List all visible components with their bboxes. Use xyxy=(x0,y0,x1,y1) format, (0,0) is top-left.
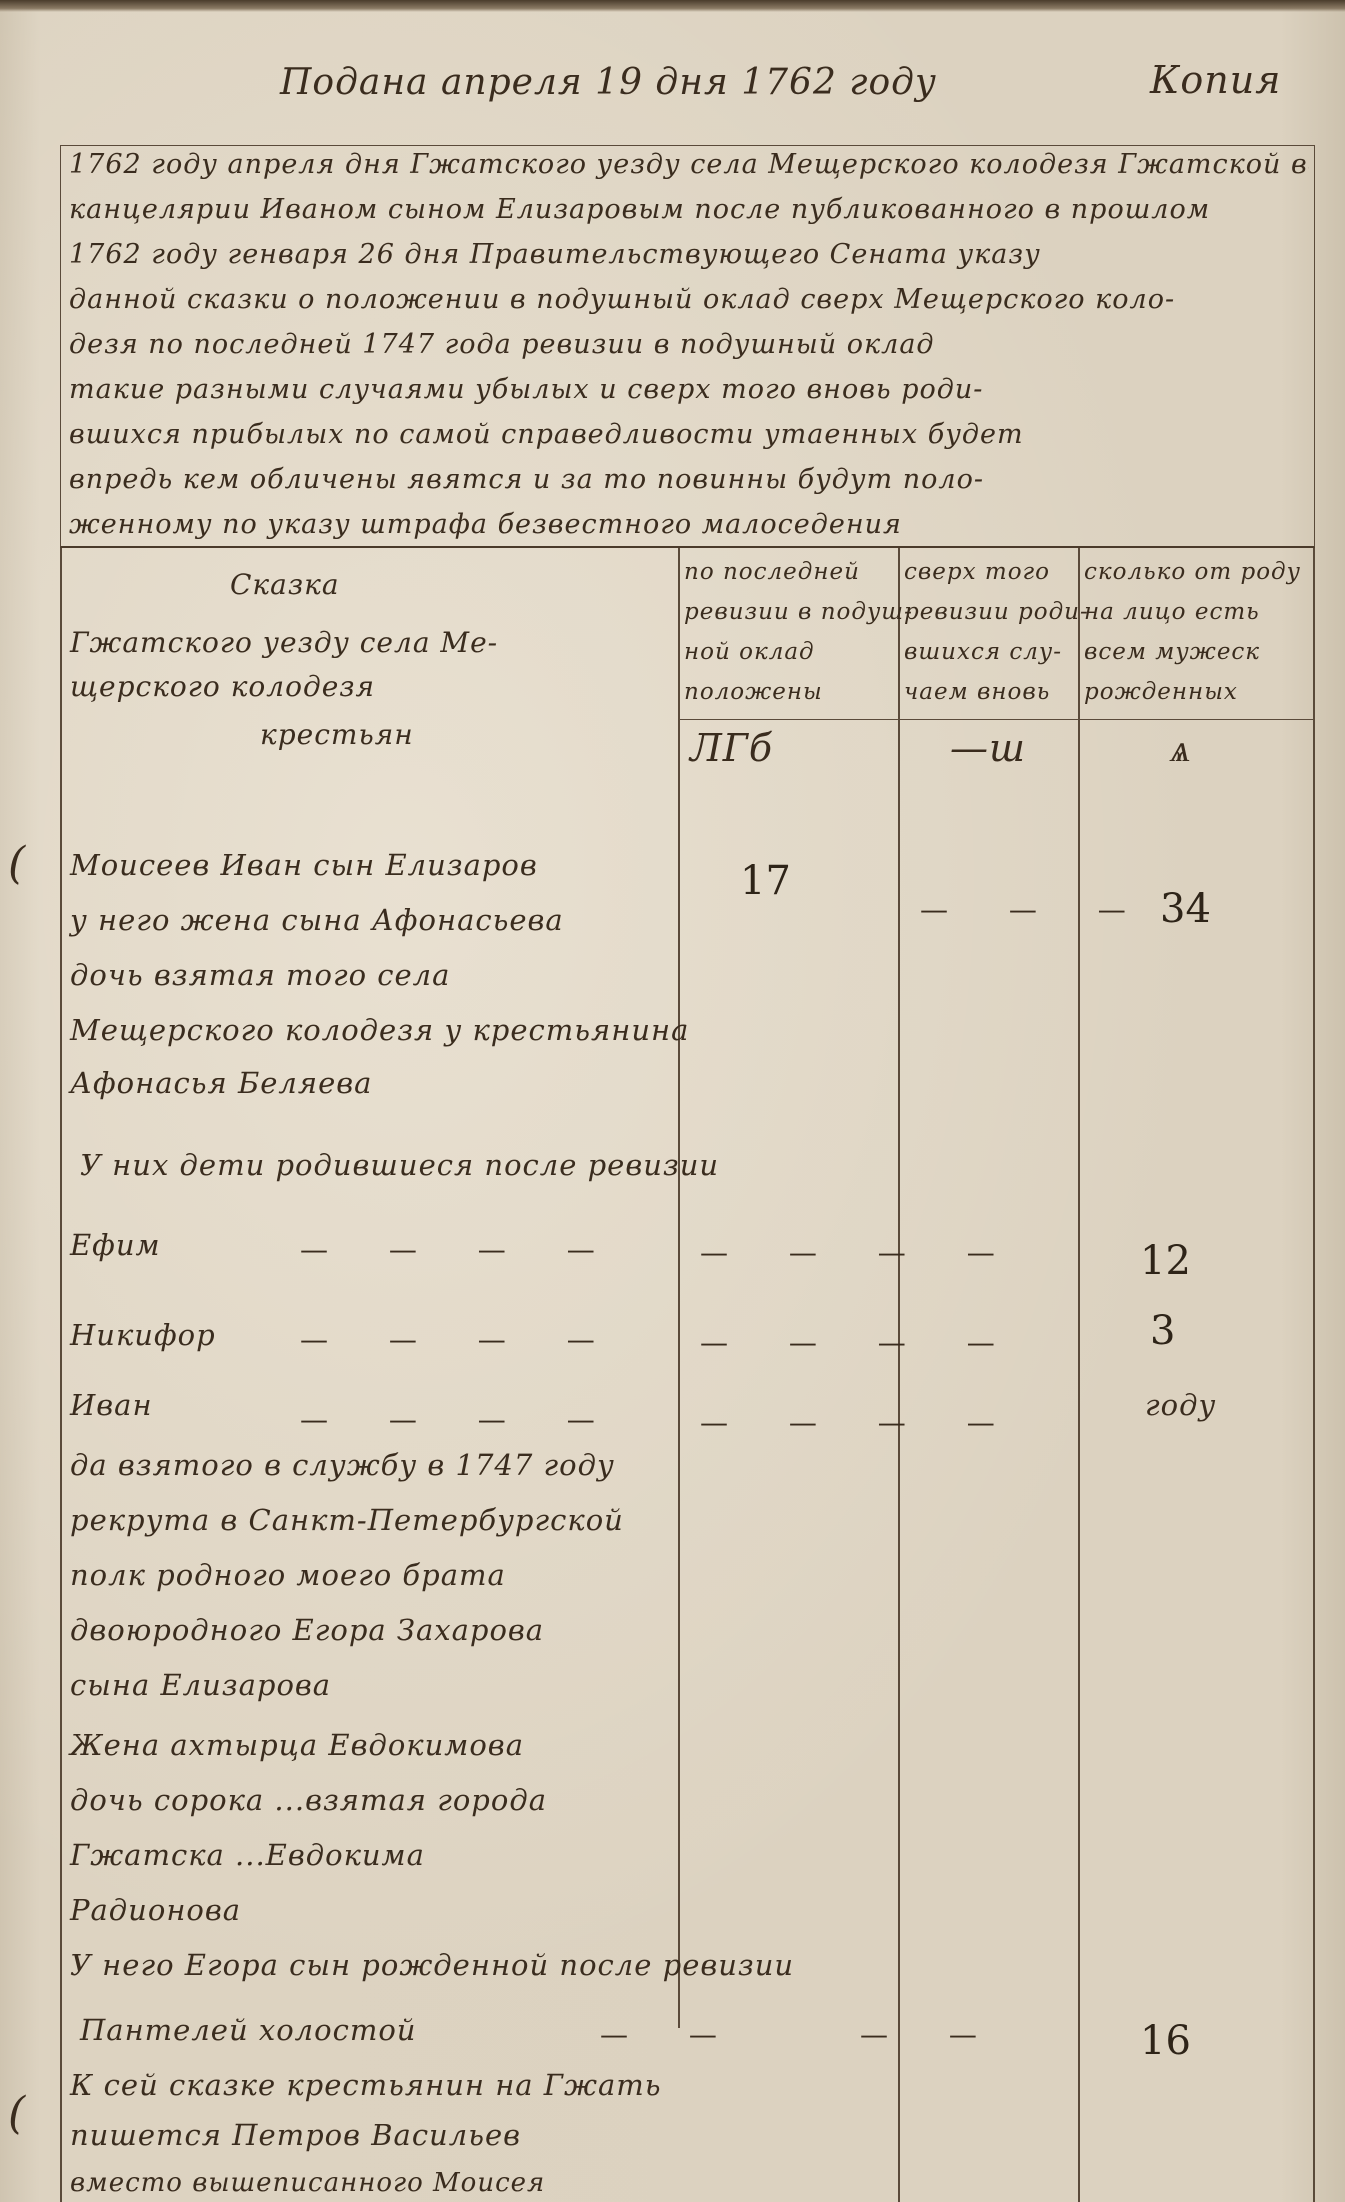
column-rule xyxy=(898,548,900,2202)
cell-dashes: — — — — xyxy=(700,1326,1021,1359)
header-line: Сказка xyxy=(230,568,340,601)
entry-line: у него жена сына Афонасьева xyxy=(70,903,564,937)
signature-line: вместо вышеписанного Моисея xyxy=(70,2168,545,2198)
preamble-line: женному по указу штрафа безвестного мало… xyxy=(69,508,1309,541)
preamble-line: впредь кем обличены явятся и за то повин… xyxy=(69,463,1309,496)
column-header-1: по последней ревизии в подуш- ной оклад … xyxy=(678,548,898,720)
preamble-line: 1762 году апреля дня Гжатского уезду сел… xyxy=(69,148,1309,181)
entry-line: да взятого в службу в 1747 году xyxy=(70,1448,615,1482)
census-table: Сказка Гжатского уезду села Ме- щерского… xyxy=(60,548,1315,2202)
cell-dashes: — — — — xyxy=(700,1236,1021,1269)
header-line: вшихся слу- xyxy=(904,632,1072,672)
cell-dashes: — — — — xyxy=(300,1403,621,1436)
entry-line: Никифор xyxy=(70,1318,216,1352)
cell-dashes: — — — — xyxy=(700,1406,1021,1439)
header-line: крестьян xyxy=(260,718,414,751)
entry-line: Моисеев Иван сын Елизаров xyxy=(70,848,538,882)
preamble-line: вшихся прибылых по самой справедливости … xyxy=(69,418,1309,451)
table-left-header: Сказка Гжатского уезду села Ме- щерского… xyxy=(60,548,678,718)
signature-line: К сей сказке крестьянин на Гжать xyxy=(70,2068,662,2102)
cell-dashes: — — xyxy=(600,2018,743,2051)
cell-dashes: — — — — xyxy=(300,1233,621,1266)
header-line: ревизии роди- xyxy=(904,592,1072,632)
column-code-1: ЛГб xyxy=(690,726,773,770)
margin-bracket: ( xyxy=(8,2088,26,2139)
column-rule xyxy=(678,548,680,2028)
cell-value: 17 xyxy=(740,858,791,904)
entry-line: дочь взятая того села xyxy=(70,958,450,992)
entry-line: полк родного моего брата xyxy=(70,1558,506,1592)
entry-line: У него Егора сын рожденной после ревизии xyxy=(70,1948,794,1982)
preamble-line: такие разными случаями убылых и сверх то… xyxy=(69,373,1309,406)
header-line: на лицо есть xyxy=(1084,592,1307,632)
manuscript-page: Подана апреля 19 дня 1762 году Копия 176… xyxy=(0,0,1345,2202)
entry-line: Иван xyxy=(70,1388,153,1422)
page-top-edge xyxy=(0,0,1345,12)
header-line: рожденных xyxy=(1084,672,1307,712)
entry-line: Радионова xyxy=(70,1893,241,1927)
table-right-rule xyxy=(1313,548,1315,2202)
header-line: по последней xyxy=(684,552,892,592)
preamble-box: 1762 году апреля дня Гжатского уезду сел… xyxy=(60,145,1315,548)
header-line: всем мужеск xyxy=(1084,632,1307,672)
header-line: положены xyxy=(684,672,892,712)
cell-value: году xyxy=(1145,1388,1216,1422)
preamble-line: данной сказки о положении в подушный окл… xyxy=(69,283,1309,316)
header-line: чаем вновь xyxy=(904,672,1072,712)
cell-dashes: — — — — xyxy=(300,1323,621,1356)
cell-value: 16 xyxy=(1140,2018,1191,2064)
cell-value: 34 xyxy=(1160,886,1211,932)
column-code-3: ѧ xyxy=(1170,726,1192,771)
preamble-line: канцелярии Иваном сыном Елизаровым после… xyxy=(69,193,1309,226)
header-line: ревизии в подуш- xyxy=(684,592,892,632)
cell-dashes: — — — xyxy=(920,893,1152,926)
header-line: щерского колодезя xyxy=(70,670,375,703)
column-header-2: сверх того ревизии роди- вшихся слу- чае… xyxy=(898,548,1078,720)
column-code-2: —ш xyxy=(950,726,1026,770)
column-header-3: сколько от роду на лицо есть всем мужеск… xyxy=(1078,548,1313,720)
cell-dashes: — — xyxy=(860,2018,1003,2051)
entry-line: дочь сорока ...взятая города xyxy=(70,1783,547,1817)
entry-line: Жена ахтырца Евдокимова xyxy=(70,1728,524,1762)
header-line: сверх того xyxy=(904,552,1072,592)
page-title: Подана апреля 19 дня 1762 году xyxy=(280,62,1180,103)
cell-value: 12 xyxy=(1140,1238,1191,1284)
preamble-line: дезя по последней 1747 года ревизии в по… xyxy=(69,328,1309,361)
header-line: сколько от роду xyxy=(1084,552,1307,592)
entry-line: Мещерского колодезя у крестьянина xyxy=(70,1013,689,1047)
entry-line: Пантелей холостой xyxy=(80,2013,416,2047)
entry-line: Афонасья Беляева xyxy=(70,1066,372,1100)
column-rule xyxy=(1078,548,1080,2202)
entry-line: У них дети родившиеся после ревизии xyxy=(80,1148,719,1182)
margin-bracket: ( xyxy=(8,838,26,889)
entry-line: рекрута в Санкт-Петербургской xyxy=(70,1503,624,1537)
entry-line: двоюродного Егора Захарова xyxy=(70,1613,544,1647)
entry-line: сына Елизарова xyxy=(70,1668,331,1702)
cell-value: 3 xyxy=(1150,1308,1175,1354)
header-line: Гжатского уезду села Ме- xyxy=(70,626,498,659)
entry-line: Ефим xyxy=(70,1228,161,1262)
header-line: ной оклад xyxy=(684,632,892,672)
table-left-rule xyxy=(60,548,62,2202)
corner-mark: Копия xyxy=(1150,58,1281,102)
preamble-line: 1762 году генваря 26 дня Правительствующ… xyxy=(69,238,1309,271)
entry-line: Гжатска ...Евдокима xyxy=(70,1838,425,1872)
signature-line: пишется Петров Васильев xyxy=(70,2118,521,2152)
